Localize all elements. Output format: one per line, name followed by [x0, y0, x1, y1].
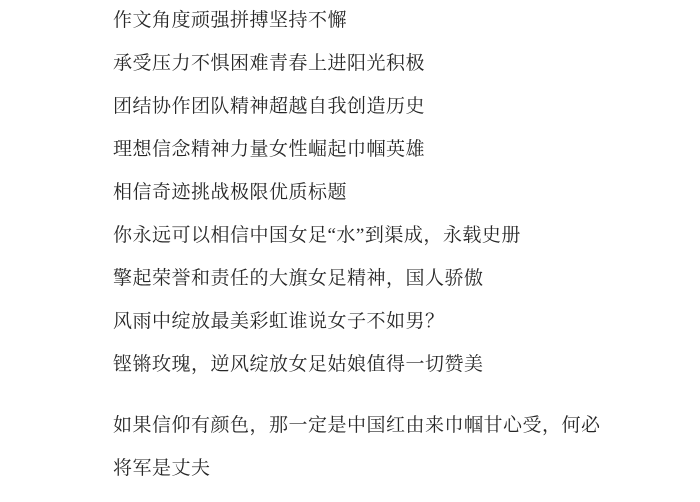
- title-line-1: 作文角度顽强拼搏坚持不懈: [113, 11, 673, 31]
- title-line-10-part-2-clipped: 将军是丈夫: [113, 459, 673, 470]
- title-line-5: 相信奇迹挑战极限优质标题: [113, 183, 673, 203]
- title-line-4: 理想信念精神力量女性崛起巾帼英雄: [113, 140, 673, 160]
- title-line-8: 风雨中绽放最美彩虹谁说女子不如男？: [113, 312, 673, 332]
- document-page: 作文角度顽强拼搏坚持不懈 承受压力不惧困难青春上进阳光积极 团结协作团队精神超越…: [0, 0, 700, 470]
- title-line-6: 你永远可以相信中国女足“水”到渠成，永载史册: [113, 226, 673, 246]
- title-line-7: 擎起荣誉和责任的大旗女足精神，国人骄傲: [113, 269, 673, 289]
- title-line-10-part-1: 如果信仰有颜色，那一定是中国红由来巾帼甘心受，何必: [113, 416, 673, 436]
- title-line-2: 承受压力不惧困难青春上进阳光积极: [113, 54, 673, 74]
- title-line-3: 团结协作团队精神超越自我创造历史: [113, 97, 673, 117]
- title-line-9: 铿锵玫瑰，逆风绽放女足姑娘值得一切赞美: [113, 355, 673, 375]
- document-text-block: 作文角度顽强拼搏坚持不懈 承受压力不惧困难青春上进阳光积极 团结协作团队精神超越…: [113, 11, 673, 470]
